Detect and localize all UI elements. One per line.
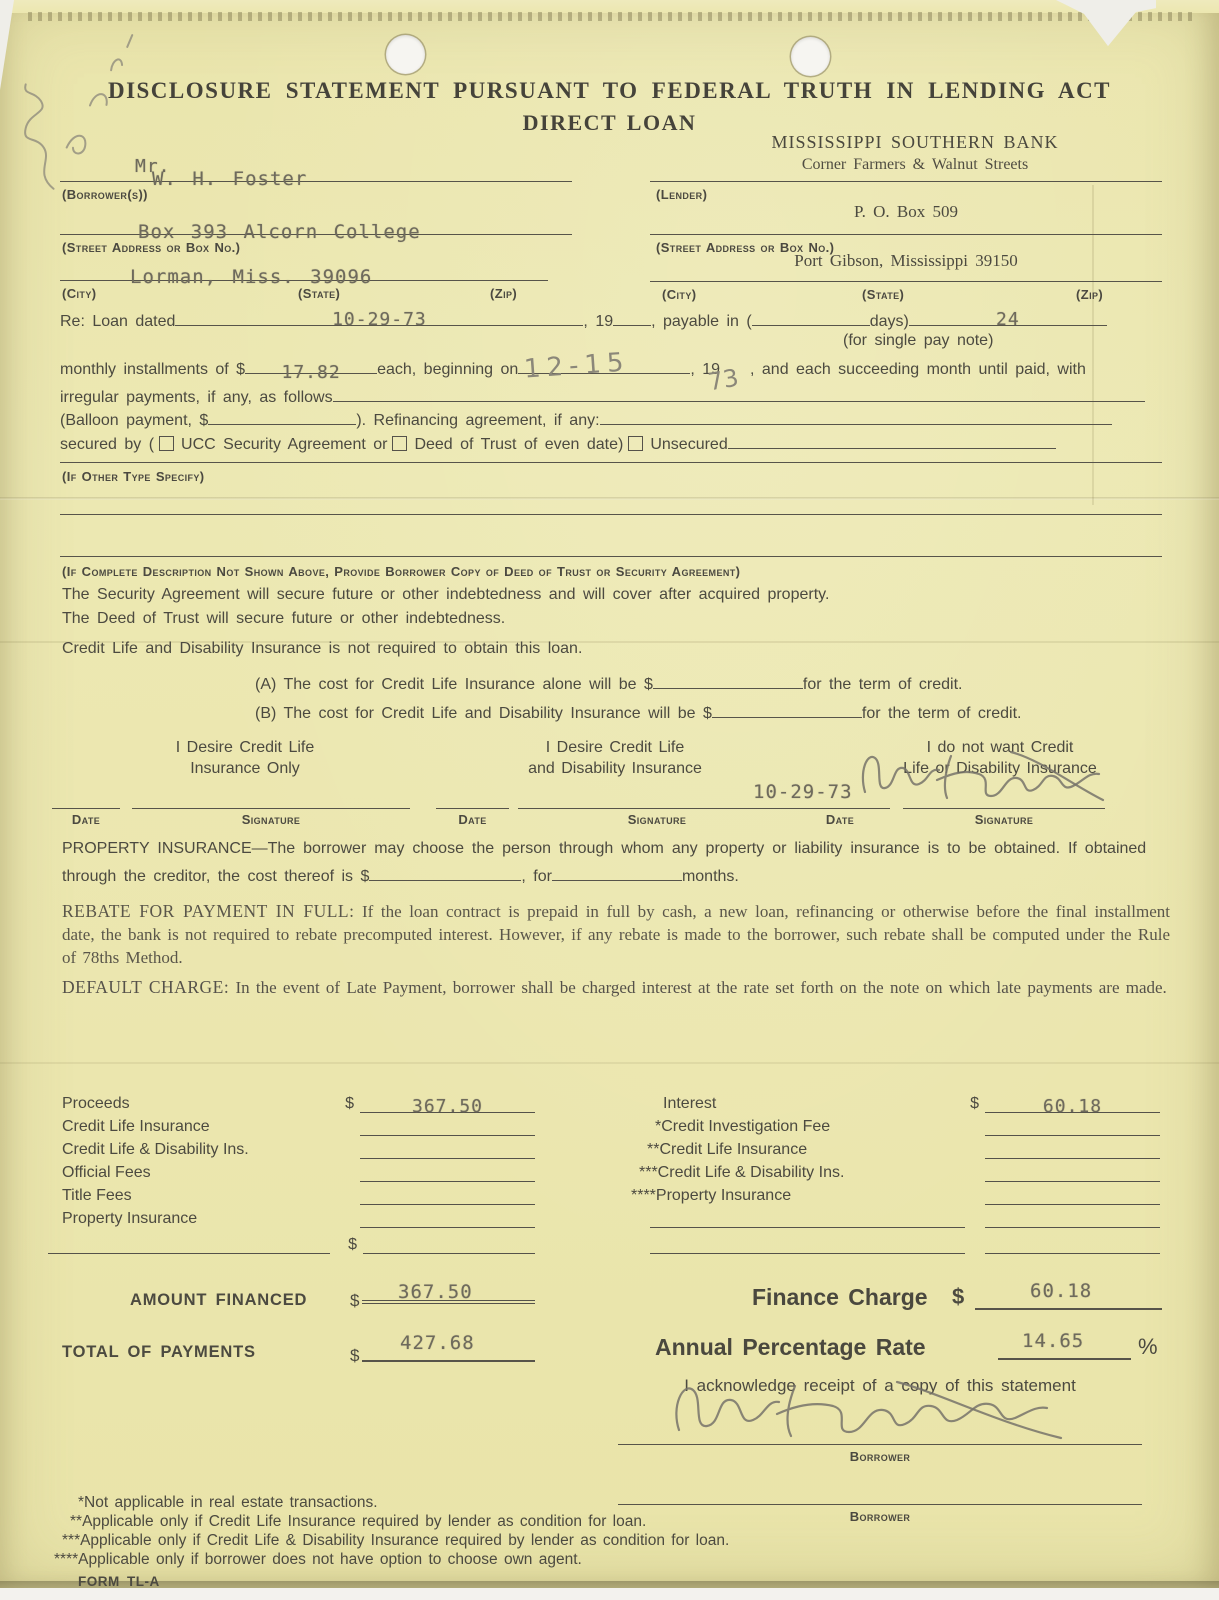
fee-amount-field[interactable]: 60.18 xyxy=(985,1100,1160,1113)
fee-blank-row-right-1 xyxy=(650,1207,1160,1228)
property-cost-field[interactable] xyxy=(369,866,521,881)
unsecured-field[interactable] xyxy=(728,434,1056,449)
insurance-not-required-sentence: Credit Life and Disability Insurance is … xyxy=(62,640,582,658)
borrower-signature-line-2[interactable] xyxy=(618,1504,1142,1505)
consent-signature-squiggle xyxy=(855,742,1105,807)
dollar-sign-amount-financed: $ xyxy=(350,1291,359,1311)
consent-date-value: 10-29-73 xyxy=(753,781,853,803)
footnote-2: **Applicable only if Credit Life Insuran… xyxy=(70,1513,646,1531)
lender-state-label: (State) xyxy=(862,287,904,302)
property-months-field[interactable] xyxy=(552,866,682,881)
borrower-signature-line-1[interactable] xyxy=(618,1444,1142,1445)
fee-amount-field[interactable] xyxy=(360,1192,535,1205)
fee-row-official-fees: Official Fees xyxy=(62,1161,535,1182)
borrower-zip-label: (Zip) xyxy=(490,286,517,301)
fee-label: ***Credit Life & Disability Ins. xyxy=(639,1164,844,1182)
fee-amount-field[interactable] xyxy=(360,1146,535,1159)
amount-financed-value: 367.50 xyxy=(398,1281,473,1303)
signature-line-3[interactable] xyxy=(903,808,1105,809)
date-line-2[interactable] xyxy=(436,808,509,809)
secured-row: secured by (UCC Security Agreement orDee… xyxy=(60,434,1056,454)
installment-value: 17.82 xyxy=(245,362,377,383)
form-code: FORM TL-A xyxy=(78,1574,160,1589)
lender-city-value: Port Gibson, Mississippi 39150 xyxy=(650,251,1162,271)
borrower-field-label: (Borrower(s)) xyxy=(62,187,148,202)
punch-hole-right xyxy=(791,37,830,76)
signature-line-2[interactable] xyxy=(518,808,796,809)
cost-a-row: (A) The cost for Credit Life Insurance a… xyxy=(255,674,963,694)
blank-description-field[interactable] xyxy=(48,1241,330,1254)
fee-label: Proceeds xyxy=(62,1095,130,1113)
fee-row-interest: Interest$60.18 xyxy=(663,1092,1160,1113)
fee-row-property-insurance: Property Insurance xyxy=(62,1207,535,1228)
other-type-label: (If Other Type Specify) xyxy=(62,469,205,484)
blank-description-field[interactable] xyxy=(650,1215,965,1228)
fee-row-credit-investigation: *Credit Investigation Fee xyxy=(655,1115,1160,1136)
amount-financed-label: AMOUNT FINANCED xyxy=(130,1291,307,1310)
fee-label: *Credit Investigation Fee xyxy=(655,1118,830,1136)
fee-label: Title Fees xyxy=(62,1187,132,1205)
finance-charge-label: Finance Charge xyxy=(752,1284,928,1311)
finance-charge-value: 60.18 xyxy=(1030,1280,1092,1302)
signature-label-2: Signature xyxy=(518,812,796,827)
refinancing-field[interactable] xyxy=(600,410,1112,425)
lender-zip-label: (Zip) xyxy=(1076,287,1103,302)
default-charge-title: DEFAULT CHARGE: xyxy=(62,977,229,997)
fee-amount-field[interactable] xyxy=(985,1169,1160,1182)
balloon-label: (Balloon payment, $ xyxy=(60,412,208,429)
fee-amount-field[interactable] xyxy=(360,1123,535,1136)
balloon-row: (Balloon payment, $). Refinancing agreem… xyxy=(60,410,1112,430)
apr-value: 14.65 xyxy=(1022,1330,1084,1352)
fee-amount-field[interactable]: 367.50 xyxy=(360,1100,535,1113)
cost-b-row: (B) The cost for Credit Life and Disabil… xyxy=(255,703,1022,723)
payable-in-label: , payable in ( xyxy=(651,313,752,330)
fee-row-credit-life-disability-r: ***Credit Life & Disability Ins. xyxy=(639,1161,1160,1182)
ucc-checkbox[interactable] xyxy=(159,436,174,451)
dollar-sign-finance-charge: $ xyxy=(952,1284,964,1310)
property-cost-label: through the creditor, the cost thereof i… xyxy=(62,868,369,885)
fee-amount-field[interactable] xyxy=(360,1215,535,1228)
lender-city-line[interactable] xyxy=(650,281,1162,282)
cost-b-term: for the term of credit. xyxy=(862,705,1022,722)
loan-dated-label: Re: Loan dated xyxy=(60,313,175,330)
cost-b-label: (B) The cost for Credit Life and Disabil… xyxy=(255,705,712,722)
option-line: Insurance Only xyxy=(110,758,380,779)
secured-by-label: secured by ( xyxy=(60,436,154,453)
punch-hole-left xyxy=(386,35,425,74)
acknowledgement-signature-squiggle xyxy=(665,1372,1065,1447)
single-pay-note: (for single pay note) xyxy=(843,332,993,350)
blank-line-2[interactable] xyxy=(60,556,1162,557)
rebate-paragraph: REBATE FOR PAYMENT IN FULL: If the loan … xyxy=(62,900,1170,969)
fee-row-credit-life-r: **Credit Life Insurance xyxy=(647,1138,1160,1159)
percent-sign: % xyxy=(1138,1334,1158,1360)
fee-row-credit-life-disability: Credit Life & Disability Ins. xyxy=(62,1138,535,1159)
fee-label: **Credit Life Insurance xyxy=(647,1141,807,1159)
blank-line-1[interactable] xyxy=(60,514,1162,515)
balloon-field[interactable] xyxy=(208,410,356,425)
unsecured-checkbox[interactable] xyxy=(628,436,643,451)
fee-amount-field[interactable] xyxy=(985,1192,1160,1205)
succeeding-label: , and each succeeding month until paid, … xyxy=(750,361,1086,378)
dollar-sign-total: $ xyxy=(350,1346,359,1366)
days-value-field[interactable]: 24 xyxy=(909,311,1107,326)
irregular-label: irregular payments, if any, as follows xyxy=(60,389,333,406)
cost-a-field[interactable] xyxy=(653,674,803,689)
loan-date-value: 10-29-73 xyxy=(175,309,583,330)
total-of-payments-value: 427.68 xyxy=(400,1332,475,1354)
ucc-label: UCC Security Agreement or xyxy=(181,436,387,453)
finance-charge-line[interactable] xyxy=(975,1308,1162,1310)
fee-label: ****Property Insurance xyxy=(631,1187,791,1205)
borrower-state-label: (State) xyxy=(298,286,340,301)
begin-date-field[interactable]: 12-15 xyxy=(518,359,690,374)
loan-date-field[interactable]: 10-29-73 xyxy=(175,311,583,326)
property-for-label: , for xyxy=(521,868,552,885)
fee-label: Interest xyxy=(663,1095,716,1113)
option-line: and Disability Insurance xyxy=(475,758,755,779)
lender-name-line[interactable] xyxy=(650,181,1162,182)
bank-street: Corner Farmers & Walnut Streets xyxy=(755,156,1075,174)
total-of-payments-line[interactable] xyxy=(362,1360,535,1362)
irregular-row: irregular payments, if any, as follows xyxy=(60,387,1145,407)
year-field[interactable] xyxy=(613,311,651,326)
days-value: 24 xyxy=(909,309,1107,330)
installments-row: monthly installments of $17.82each, begi… xyxy=(60,359,1086,379)
apr-label: Annual Percentage Rate xyxy=(655,1334,926,1361)
borrower-street-label: (Street Address or Box No.) xyxy=(62,240,240,255)
scanner-bed-strip xyxy=(0,1588,1219,1600)
signature-line-1[interactable] xyxy=(132,808,410,809)
cost-b-field[interactable] xyxy=(712,703,862,718)
dollar-sign: $ xyxy=(970,1095,979,1113)
dollar-sign: $ xyxy=(345,1095,354,1113)
borrower-signature-label-2: Borrower xyxy=(618,1509,1142,1524)
blank-amount-field[interactable] xyxy=(985,1215,1160,1228)
option-credit-life-disability: I Desire Credit Life and Disability Insu… xyxy=(475,737,755,779)
property-months-label: months. xyxy=(682,868,739,885)
fee-amount-field[interactable] xyxy=(985,1123,1160,1136)
option-line: I Desire Credit Life xyxy=(110,737,380,758)
lender-street-line[interactable] xyxy=(650,234,1162,235)
property-insurance-line1: PROPERTY INSURANCE—The borrower may choo… xyxy=(62,840,1146,858)
option-credit-life-only: I Desire Credit Life Insurance Only xyxy=(110,737,380,779)
fee-row-proceeds: Proceeds$367.50 xyxy=(62,1092,535,1113)
total-of-payments-label: TOTAL OF PAYMENTS xyxy=(62,1343,256,1362)
fee-row-title-fees: Title Fees xyxy=(62,1184,535,1205)
lender-po-box: P. O. Box 509 xyxy=(650,202,1162,222)
fee-label: Property Insurance xyxy=(62,1210,197,1228)
footnote-1: *Not applicable in real estate transacti… xyxy=(78,1494,378,1512)
lender-field-label: (Lender) xyxy=(656,187,707,202)
installments-label: monthly installments of $ xyxy=(60,361,245,378)
fee-subtotal-row-left: $ xyxy=(48,1233,535,1254)
form-title: DISCLOSURE STATEMENT PURSUANT TO FEDERAL… xyxy=(0,78,1219,104)
fee-row-property-insurance-r: ****Property Insurance xyxy=(631,1184,1160,1205)
fee-label: Credit Life Insurance xyxy=(62,1118,210,1136)
date-line-3[interactable] xyxy=(790,808,890,809)
fee-amount-field[interactable] xyxy=(360,1169,535,1182)
beginning-label: each, beginning on xyxy=(377,361,518,378)
days-label: days) xyxy=(870,313,909,330)
dollar-sign: $ xyxy=(348,1236,357,1254)
default-charge-body: In the event of Late Payment, borrower s… xyxy=(235,978,1166,997)
comma-19: , 19 xyxy=(583,313,613,330)
blank-amount-field[interactable] xyxy=(985,1241,1160,1254)
other-type-line[interactable] xyxy=(60,462,1162,463)
bank-name: MISSISSIPPI SOUTHERN BANK xyxy=(755,132,1075,153)
footnote-4: ****Applicable only if borrower does not… xyxy=(54,1551,582,1569)
fee-label: Credit Life & Disability Ins. xyxy=(62,1141,249,1159)
borrower-city-label: (City) xyxy=(62,286,96,301)
days-field[interactable] xyxy=(752,311,870,326)
property-insurance-line2: through the creditor, the cost thereof i… xyxy=(62,866,739,886)
borrower-name-value: W. H. Foster xyxy=(152,168,307,190)
date-label-3: Date xyxy=(790,812,890,827)
date-label-1: Date xyxy=(52,812,120,827)
security-agreement-sentence: The Security Agreement will secure futur… xyxy=(62,586,829,604)
date-line-1[interactable] xyxy=(52,808,120,809)
blank-description-field[interactable] xyxy=(650,1241,965,1254)
signature-label-3: Signature xyxy=(903,812,1105,827)
signature-label-1: Signature xyxy=(132,812,410,827)
borrower-name-line[interactable] xyxy=(60,181,572,182)
footnote-3: ***Applicable only if Credit Life & Disa… xyxy=(62,1532,729,1550)
subtotal-field[interactable] xyxy=(363,1241,535,1254)
date-label-2: Date xyxy=(436,812,509,827)
unsecured-label: Unsecured xyxy=(650,436,727,453)
fee-blank-row-right-2 xyxy=(650,1233,1160,1254)
fee-row-credit-life: Credit Life Insurance xyxy=(62,1115,535,1136)
cost-a-label: (A) The cost for Credit Life Insurance a… xyxy=(255,676,653,693)
interest-value: 60.18 xyxy=(985,1096,1160,1117)
borrower-city-value: Lorman, Miss. 39096 xyxy=(130,266,372,288)
loan-dated-row: Re: Loan dated10-29-73, 19, payable in (… xyxy=(60,311,1107,331)
deed-of-trust-sentence: The Deed of Trust will secure future or … xyxy=(62,610,505,628)
apr-line[interactable] xyxy=(998,1358,1131,1360)
irregular-field[interactable] xyxy=(333,387,1145,402)
fee-label: Official Fees xyxy=(62,1164,151,1182)
rebate-title: REBATE FOR PAYMENT IN FULL: xyxy=(62,901,354,921)
installment-field[interactable]: 17.82 xyxy=(245,359,377,374)
refinancing-label: ). Refinancing agreement, if any: xyxy=(356,412,599,429)
lender-city-label: (City) xyxy=(662,287,696,302)
proceeds-value: 367.50 xyxy=(360,1096,535,1117)
deed-checkbox[interactable] xyxy=(392,436,407,451)
fee-amount-field[interactable] xyxy=(985,1146,1160,1159)
cost-a-term: for the term of credit. xyxy=(803,676,963,693)
option-line: I Desire Credit Life xyxy=(475,737,755,758)
borrower-signature-label-1: Borrower xyxy=(618,1449,1142,1464)
scanned-document: DISCLOSURE STATEMENT PURSUANT TO FEDERAL… xyxy=(0,0,1219,1600)
default-charge-paragraph: DEFAULT CHARGE: In the event of Late Pay… xyxy=(62,976,1170,999)
complete-description-label: (If Complete Description Not Shown Above… xyxy=(62,564,740,579)
deed-label: Deed of Trust of even date) xyxy=(414,436,623,453)
